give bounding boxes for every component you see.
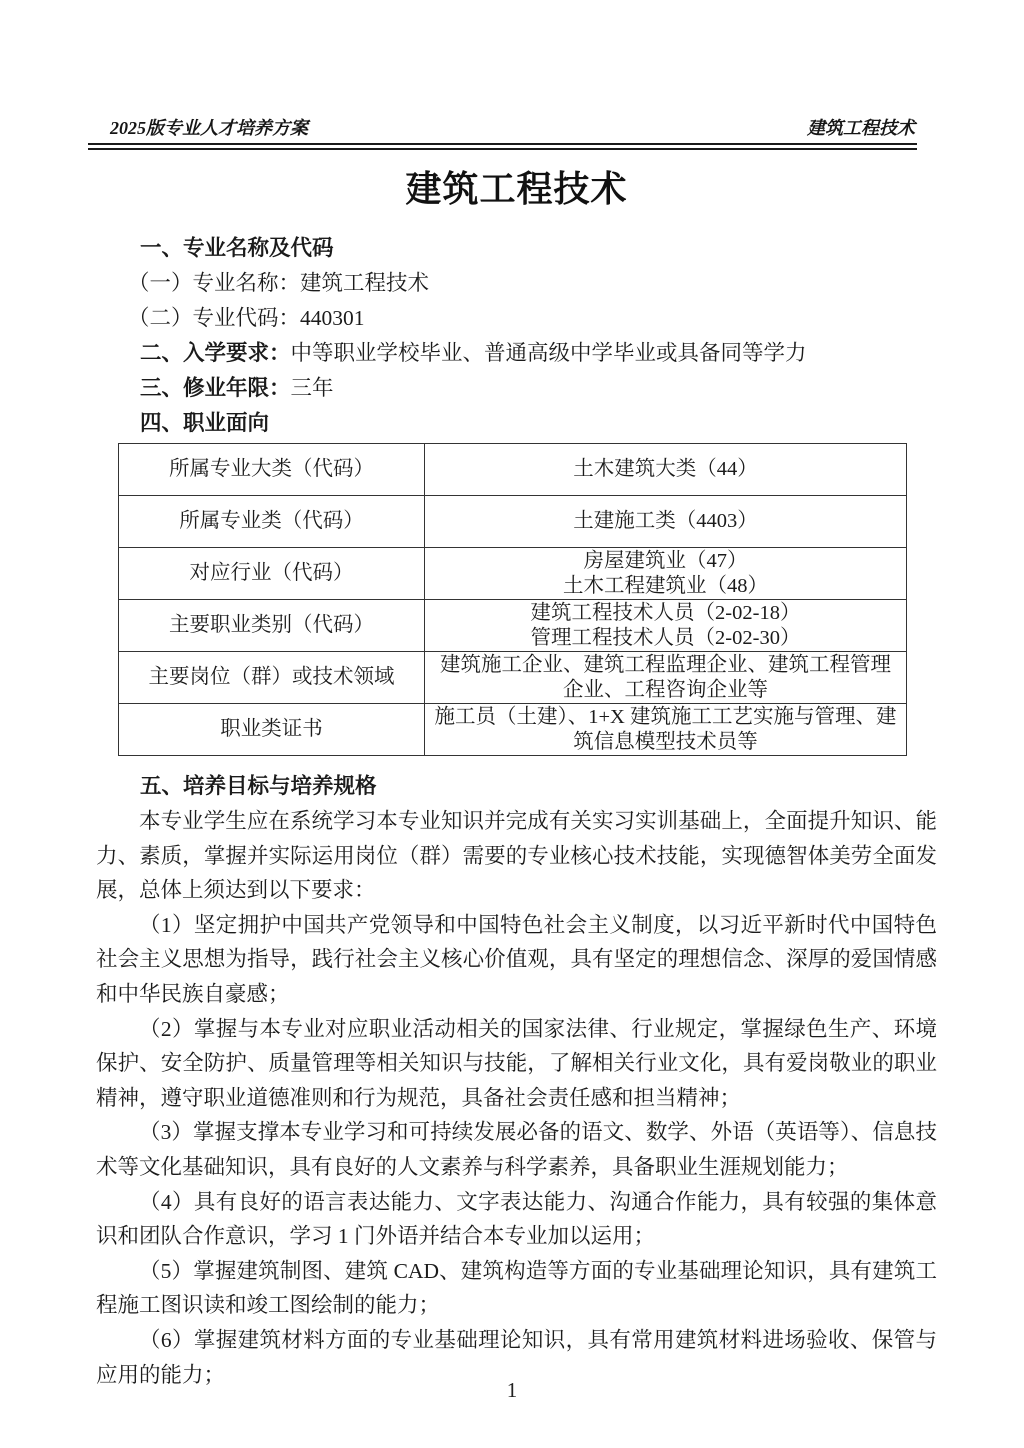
row-label: 所属专业大类（代码） [119,444,425,496]
header-right-text: 建筑工程技术 [807,117,915,139]
goal-paragraph: （1）坚定拥护中国共产党领导和中国特色社会主义制度，以习近平新时代中国特色社会主… [96,908,937,1012]
page-number: 1 [0,1378,1024,1403]
row-value: 建筑工程技术人员（2-02-18） 管理工程技术人员（2-02-30） [425,600,907,652]
row-label: 对应行业（代码） [119,548,425,600]
row-value: 施工员（土建）、1+X 建筑施工工艺实施与管理、建筑信息模型技术员等 [425,704,907,756]
section-5-heading: 五、培养目标与培养规格 [96,769,937,804]
row-value-line: 管理工程技术人员（2-02-30） [431,626,900,651]
row-label: 主要岗位（群）或技术领域 [119,652,425,704]
goal-paragraph: （2）掌握与本专业对应职业活动相关的国家法律、行业规定，掌握绿色生产、环境保护、… [96,1012,937,1116]
career-orientation-table: 所属专业大类（代码） 土木建筑大类（44） 所属专业类（代码） 土建施工类（44… [118,443,907,756]
goal-paragraph: （4）具有良好的语言表达能力、文字表达能力、沟通合作能力，具有较强的集体意识和团… [96,1185,937,1254]
row-value-line: 土木工程建筑业（48） [431,574,900,599]
major-code-line: （二）专业代码：440301 [96,301,937,336]
running-header: 2025版专业人才培养方案 建筑工程技术 [88,117,917,150]
header-left-text: 2025版专业人才培养方案 [110,117,308,139]
table-row: 主要职业类别（代码） 建筑工程技术人员（2-02-18） 管理工程技术人员（2-… [119,600,907,652]
goal-paragraph: （5）掌握建筑制图、建筑 CAD、建筑构造等方面的专业基础理论知识，具有建筑工程… [96,1254,937,1323]
page-title: 建筑工程技术 [96,163,937,215]
goal-paragraph: （3）掌握支撑本专业学习和可持续发展必备的语文、数学、外语（英语等）、信息技术等… [96,1115,937,1184]
row-value-line: 土建施工类（4403） [431,509,900,534]
table-row: 对应行业（代码） 房屋建筑业（47） 土木工程建筑业（48） [119,548,907,600]
row-value: 土木建筑大类（44） [425,444,907,496]
header-double-rule [88,143,917,150]
row-label: 主要职业类别（代码） [119,600,425,652]
section-2-line: 二、入学要求：中等职业学校毕业、普通高级中学毕业或具备同等学力 [96,336,937,371]
row-value-line: 土木建筑大类（44） [431,457,900,482]
table-row: 主要岗位（群）或技术领域 建筑施工企业、建筑工程监理企业、建筑工程管理企业、工程… [119,652,907,704]
section-3-line: 三、修业年限：三年 [96,371,937,406]
section-4-heading: 四、职业面向 [96,406,937,441]
row-label: 职业类证书 [119,704,425,756]
document-page: 2025版专业人才培养方案 建筑工程技术 建筑工程技术 一、专业名称及代码 （一… [0,0,1024,1448]
section-2-label: 二、入学要求： [140,341,291,365]
goal-paragraph: 本专业学生应在系统学习本专业知识并完成有关实习实训基础上，全面提升知识、能力、素… [96,804,937,908]
row-value-line: 施工员（土建）、1+X 建筑施工工艺实施与管理、建筑信息模型技术员等 [431,705,900,754]
table-row: 职业类证书 施工员（土建）、1+X 建筑施工工艺实施与管理、建筑信息模型技术员等 [119,704,907,756]
row-value: 土建施工类（4403） [425,496,907,548]
table-row: 所属专业类（代码） 土建施工类（4403） [119,496,907,548]
table-row: 所属专业大类（代码） 土木建筑大类（44） [119,444,907,496]
section-3-text: 三年 [291,376,334,400]
section-1-heading: 一、专业名称及代码 [96,231,937,266]
row-value-line: 建筑施工企业、建筑工程监理企业、建筑工程管理企业、工程咨询企业等 [431,653,900,702]
document-body: 建筑工程技术 一、专业名称及代码 （一）专业名称：建筑工程技术 （二）专业代码：… [96,163,937,1392]
row-label: 所属专业类（代码） [119,496,425,548]
major-name-line: （一）专业名称：建筑工程技术 [96,266,937,301]
section-2-text: 中等职业学校毕业、普通高级中学毕业或具备同等学力 [291,341,807,365]
row-value: 建筑施工企业、建筑工程监理企业、建筑工程管理企业、工程咨询企业等 [425,652,907,704]
row-value-line: 房屋建筑业（47） [431,549,900,574]
row-value: 房屋建筑业（47） 土木工程建筑业（48） [425,548,907,600]
section-3-label: 三、修业年限： [140,376,291,400]
row-value-line: 建筑工程技术人员（2-02-18） [431,601,900,626]
